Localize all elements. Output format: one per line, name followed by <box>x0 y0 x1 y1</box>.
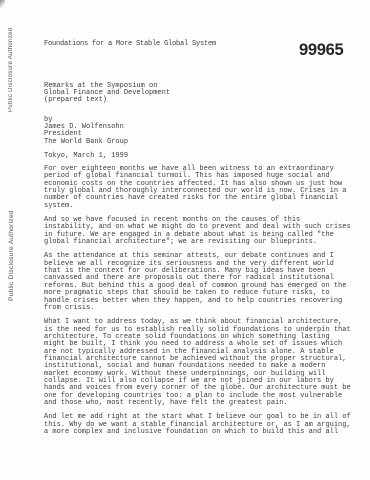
document-subtitle: Remarks at the Symposium on Global Finan… <box>44 83 170 105</box>
scan-edge-artifact <box>0 0 5 9</box>
paragraph-1: For over eighteen months we have all bee… <box>44 166 362 210</box>
paragraph-5: And let me add right at the start what I… <box>44 414 362 436</box>
report-number: 99965 <box>299 41 343 60</box>
public-disclosure-stamp-bottom: Public Disclosure Authorized <box>8 210 15 301</box>
document-body: For over eighteen months we have all bee… <box>44 166 362 443</box>
dateline: Tokyo, March 1, 1999 <box>44 152 128 160</box>
scanned-document-page: Public Disclosure Authorized Public Disc… <box>0 0 370 480</box>
author-block: by James D. Wolfensohn President The Wor… <box>44 117 128 146</box>
document-title: Foundations for a More Stable Global Sys… <box>44 40 216 48</box>
paragraph-3: As the attendance at this seminar attest… <box>44 253 362 312</box>
paragraph-2: And so we have focused in recent months … <box>44 217 362 246</box>
public-disclosure-stamp-top: Public Disclosure Authorized <box>8 28 14 112</box>
paragraph-4: What I want to address today, as we thin… <box>44 319 362 407</box>
